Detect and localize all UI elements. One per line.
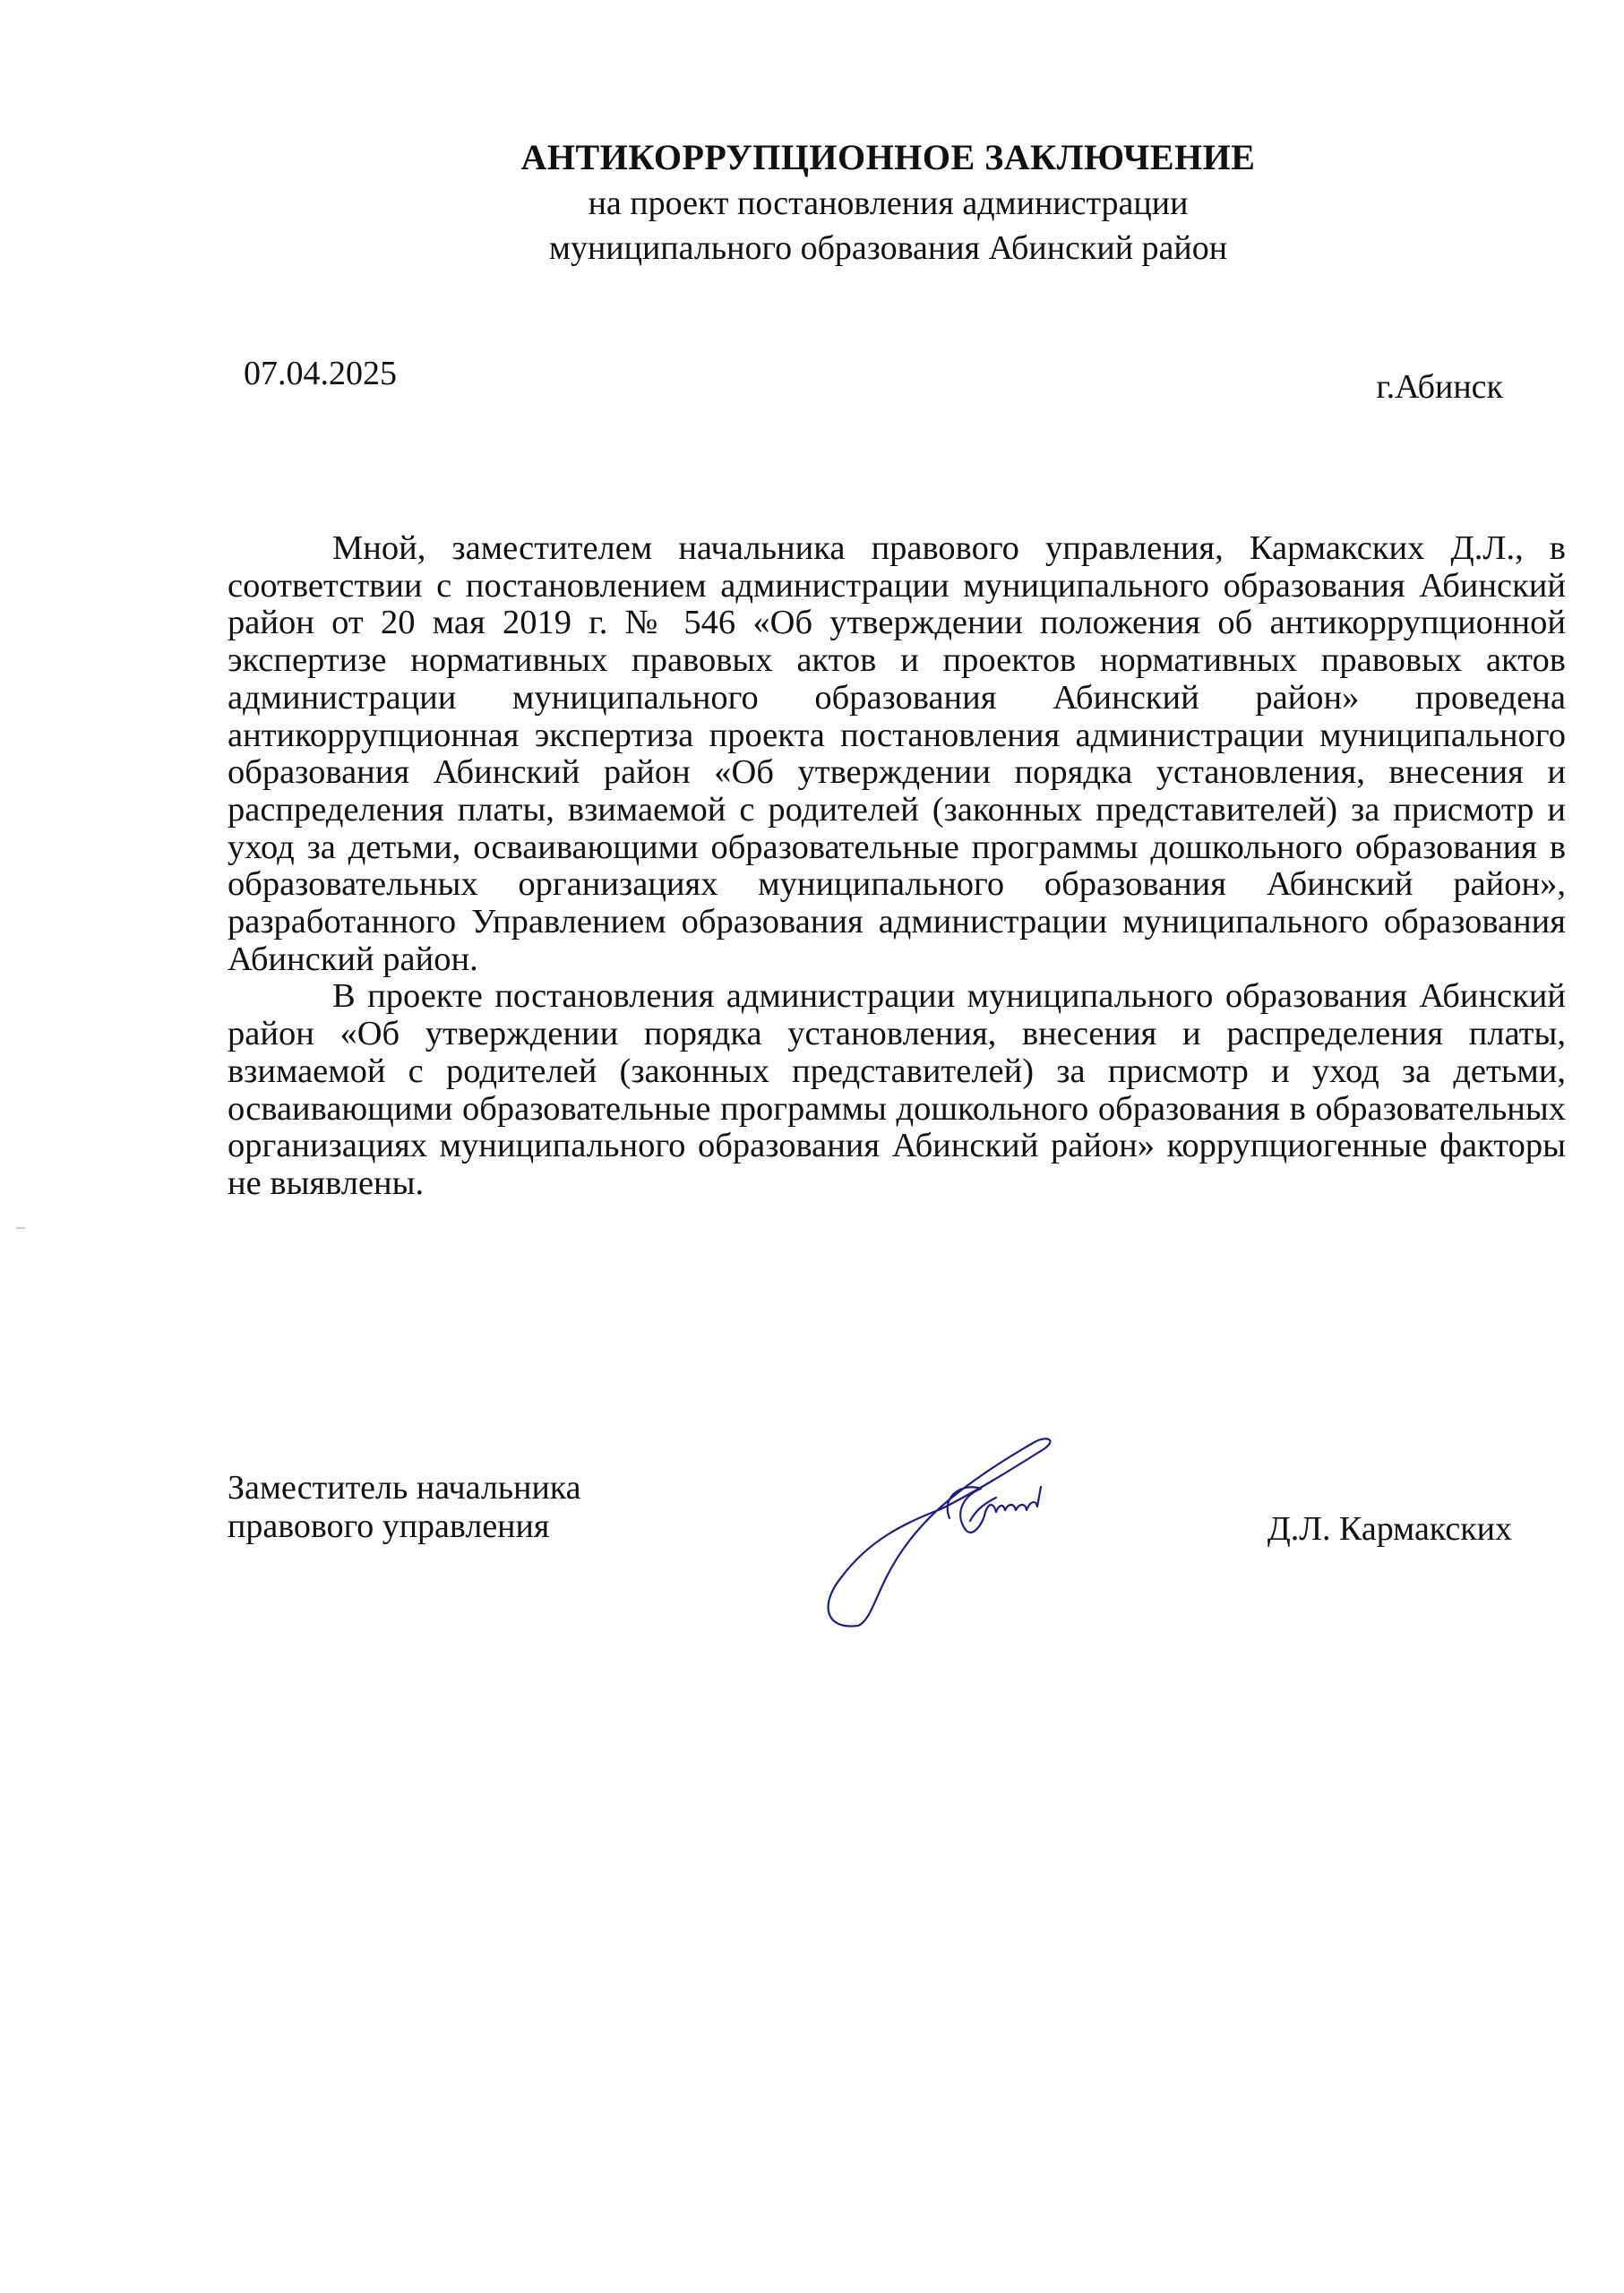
- document-title: АНТИКОРРУПЦИОННОЕ ЗАКЛЮЧЕНИЕ: [152, 134, 1624, 181]
- signatory-name: Д.Л. Кармакских: [1267, 1509, 1512, 1549]
- document-city: г.Абинск: [1376, 367, 1503, 407]
- signatory-position: Заместитель начальника правового управле…: [228, 1469, 581, 1546]
- document-body: Мной, заместителем начальника правового …: [228, 530, 1566, 1203]
- document-subtitle-line1: на проект постановления администрации: [152, 181, 1624, 226]
- paragraph: Мной, заместителем начальника правового …: [228, 530, 1566, 978]
- signatory-position-line2: правового управления: [228, 1507, 581, 1546]
- document-date: 07.04.2025: [244, 354, 397, 393]
- document-subtitle-line2: муниципального образования Абинский райо…: [152, 226, 1624, 271]
- scan-artifact: [16, 1227, 25, 1229]
- document-page: АНТИКОРРУПЦИОННОЕ ЗАКЛЮЧЕНИЕ на проект п…: [0, 0, 1624, 2293]
- signatory-position-line1: Заместитель начальника: [228, 1469, 581, 1507]
- handwritten-signature-icon: [806, 1424, 1075, 1639]
- paragraph: В проекте постановления администрации му…: [228, 978, 1566, 1202]
- document-header: АНТИКОРРУПЦИОННОЕ ЗАКЛЮЧЕНИЕ на проект п…: [0, 134, 1624, 271]
